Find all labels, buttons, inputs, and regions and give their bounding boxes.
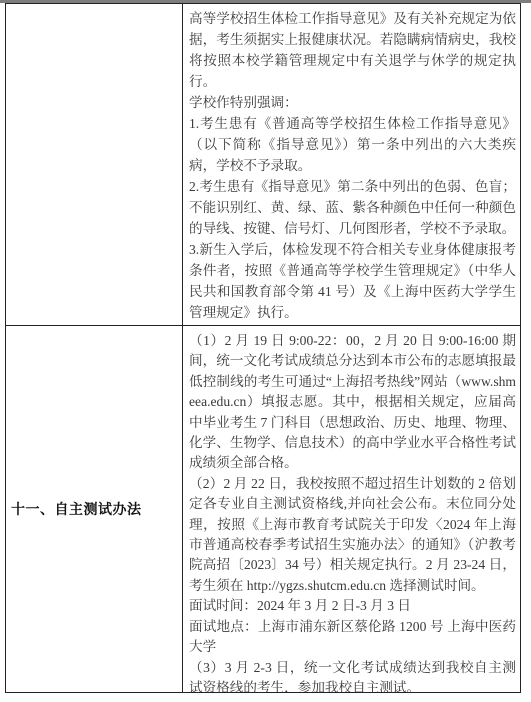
paragraph: （3）3 月 2-3 日，统一文化考试成绩达到我校自主测试资格线的考生，参加我校… xyxy=(189,658,516,693)
row2-label-self-test-measures: 十一、自主测试办法 xyxy=(11,499,142,519)
paragraph: 高等学校招生体检工作指导意见》及有关补充规定为依据，考生须据实上报健康状况。若隐… xyxy=(189,8,516,92)
paragraph: （1）2 月 19 日 9:00-22：00，2 月 20 日 9:00-16:… xyxy=(189,331,516,474)
paragraph: 面试地点：上海市浦东新区蔡伦路 1200 号 上海中医药大学 xyxy=(189,617,516,658)
row1-label-cell xyxy=(6,4,183,326)
admissions-rules-table: 高等学校招生体检工作指导意见》及有关补充规定为依据，考生须据实上报健康状况。若隐… xyxy=(5,3,521,693)
document-page: { "colors": { "page_background": "#fffff… xyxy=(0,0,531,702)
paragraph: （2）2 月 22 日，我校按照不超过招生计划数的 2 倍划定各专业自主测试资格… xyxy=(189,474,516,596)
row2-label-cell: 十一、自主测试办法 xyxy=(6,326,183,692)
row2-content-cell: （1）2 月 19 日 9:00-22：00，2 月 20 日 9:00-16:… xyxy=(183,326,520,692)
row1-content-cell: 高等学校招生体检工作指导意见》及有关补充规定为依据，考生须据实上报健康状况。若隐… xyxy=(183,4,520,326)
paragraph: 面试时间：2024 年 3 月 2 日-3 月 3 日 xyxy=(189,596,516,616)
paragraph: 学校作特别强调： xyxy=(189,92,516,113)
paragraph: 2.考生患有《指导意见》第二条中列出的色弱、色盲；不能识别红、黄、绿、蓝、紫各种… xyxy=(189,176,516,239)
paragraph: 1.考生患有《普通高等学校招生体检工作指导意见》（以下简称《指导意见》）第一条中… xyxy=(189,113,516,176)
paragraph: 3.新生入学后，体检发现不符合相关专业身体健康报考条件者，按照《普通高等学校学生… xyxy=(189,239,516,323)
